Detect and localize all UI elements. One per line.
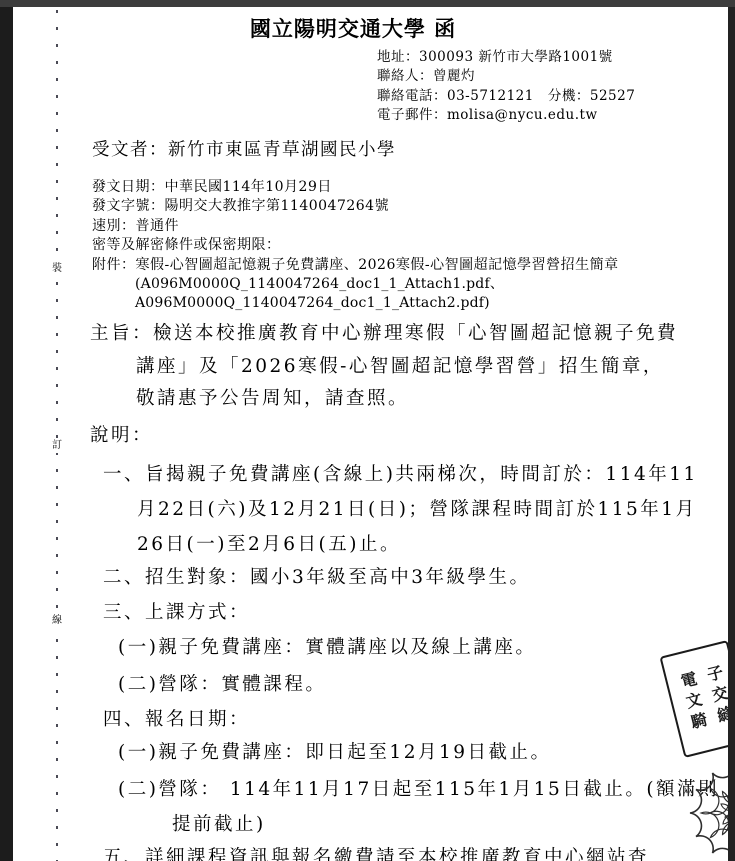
scalloped-page-seal: 5 [683, 761, 728, 861]
explanation-line: 四、報名日期： [103, 705, 250, 731]
electronic-exchange-stamp: 電文騎 子交縫 [659, 640, 728, 758]
speed-level: 速別：普通件 [92, 217, 619, 236]
viewer-frame-right [728, 7, 735, 861]
explanation-line: 三、上課方式： [103, 598, 250, 624]
document-title: 國立陽明交通大學 函 [138, 13, 568, 43]
explanation-line: 二、招生對象：國小3年級至高中3年級學生。 [103, 563, 531, 589]
explanation-line: (一)親子免費講座：即日起至12月19日截止。 [118, 738, 552, 764]
contact-address: 地址：300093 新竹市大學路1001號 [377, 48, 635, 67]
explanation-line: 26日(一)至2月6日(五)止。 [137, 530, 401, 556]
viewer-frame-top [0, 0, 735, 7]
subject-block: 主旨：檢送本校推廣教育中心辦理寒假「心智圖超記憶親子免費 講座」及「2026寒假… [90, 318, 678, 416]
recipient-line: 受文者：新竹市東區青草湖國民小學 [92, 136, 396, 161]
explanation-line: 五、詳細課程資訊與報名繳費請至本校推廣教育中心網站查 [103, 843, 649, 861]
viewer-frame-left [0, 7, 13, 861]
binding-dotted-line [56, 10, 58, 861]
document-page: 裝 訂 線 國立陽明交通大學 函 地址：300093 新竹市大學路1001號 聯… [13, 7, 728, 861]
explanation-line: 提前截止) [172, 810, 266, 836]
security-level: 密等及解密條件或保密期限： [92, 236, 619, 255]
attachment-file-2: A096M0000Q_1140047264_doc1_1_Attach2.pdf… [92, 294, 619, 313]
subject-line-1: 主旨：檢送本校推廣教育中心辦理寒假「心智圖超記憶親子免費 [90, 318, 678, 351]
meta-block: 發文日期：中華民國114年10月29日 發文字號：陽明交大教推字第1140047… [92, 178, 619, 314]
attachment-file-1: (A096M0000Q_1140047264_doc1_1_Attach1.pd… [92, 275, 619, 294]
contact-phone: 聯絡電話：03-5712121 分機：52527 [377, 87, 635, 106]
binding-mark-xian: 線 [48, 614, 66, 628]
subject-line-3: 敬請惠予公告周知，請查照。 [90, 383, 678, 416]
subject-line-2: 講座」及「2026寒假-心智圖超記憶學習營」招生簡章， [90, 351, 678, 384]
explanation-label: 說明： [90, 421, 153, 447]
contact-person: 聯絡人：曾麗灼 [377, 67, 635, 86]
contact-block: 地址：300093 新竹市大學路1001號 聯絡人：曾麗灼 聯絡電話：03-57… [377, 48, 635, 126]
explanation-line: 月22日(六)及12月21日(日)；營隊課程時間訂於115年1月 [137, 495, 697, 521]
explanation-line: 一、旨揭親子免費講座(含線上)共兩梯次，時間訂於：114年11 [103, 460, 698, 486]
binding-mark-zhuang: 裝 [48, 262, 66, 276]
explanation-line: (二)營隊： 114年11月17日起至115年1月15日截止。(額滿則 [118, 775, 719, 801]
explanation-line: (二)營隊：實體課程。 [118, 670, 326, 696]
contact-email: 電子郵件：molisa@nycu.edu.tw [377, 106, 635, 125]
attachment-line: 附件：寒假-心智圖超記憶親子免費講座、2026寒假-心智圖超記憶學習營招生簡章 [92, 256, 619, 275]
doc-number: 發文字號：陽明交大教推字第1140047264號 [92, 197, 619, 216]
explanation-line: (一)親子免費講座：實體講座以及線上講座。 [118, 633, 536, 659]
seal-number: 5 [727, 801, 728, 827]
issue-date: 發文日期：中華民國114年10月29日 [92, 178, 619, 197]
binding-mark-ding: 訂 [48, 439, 66, 453]
